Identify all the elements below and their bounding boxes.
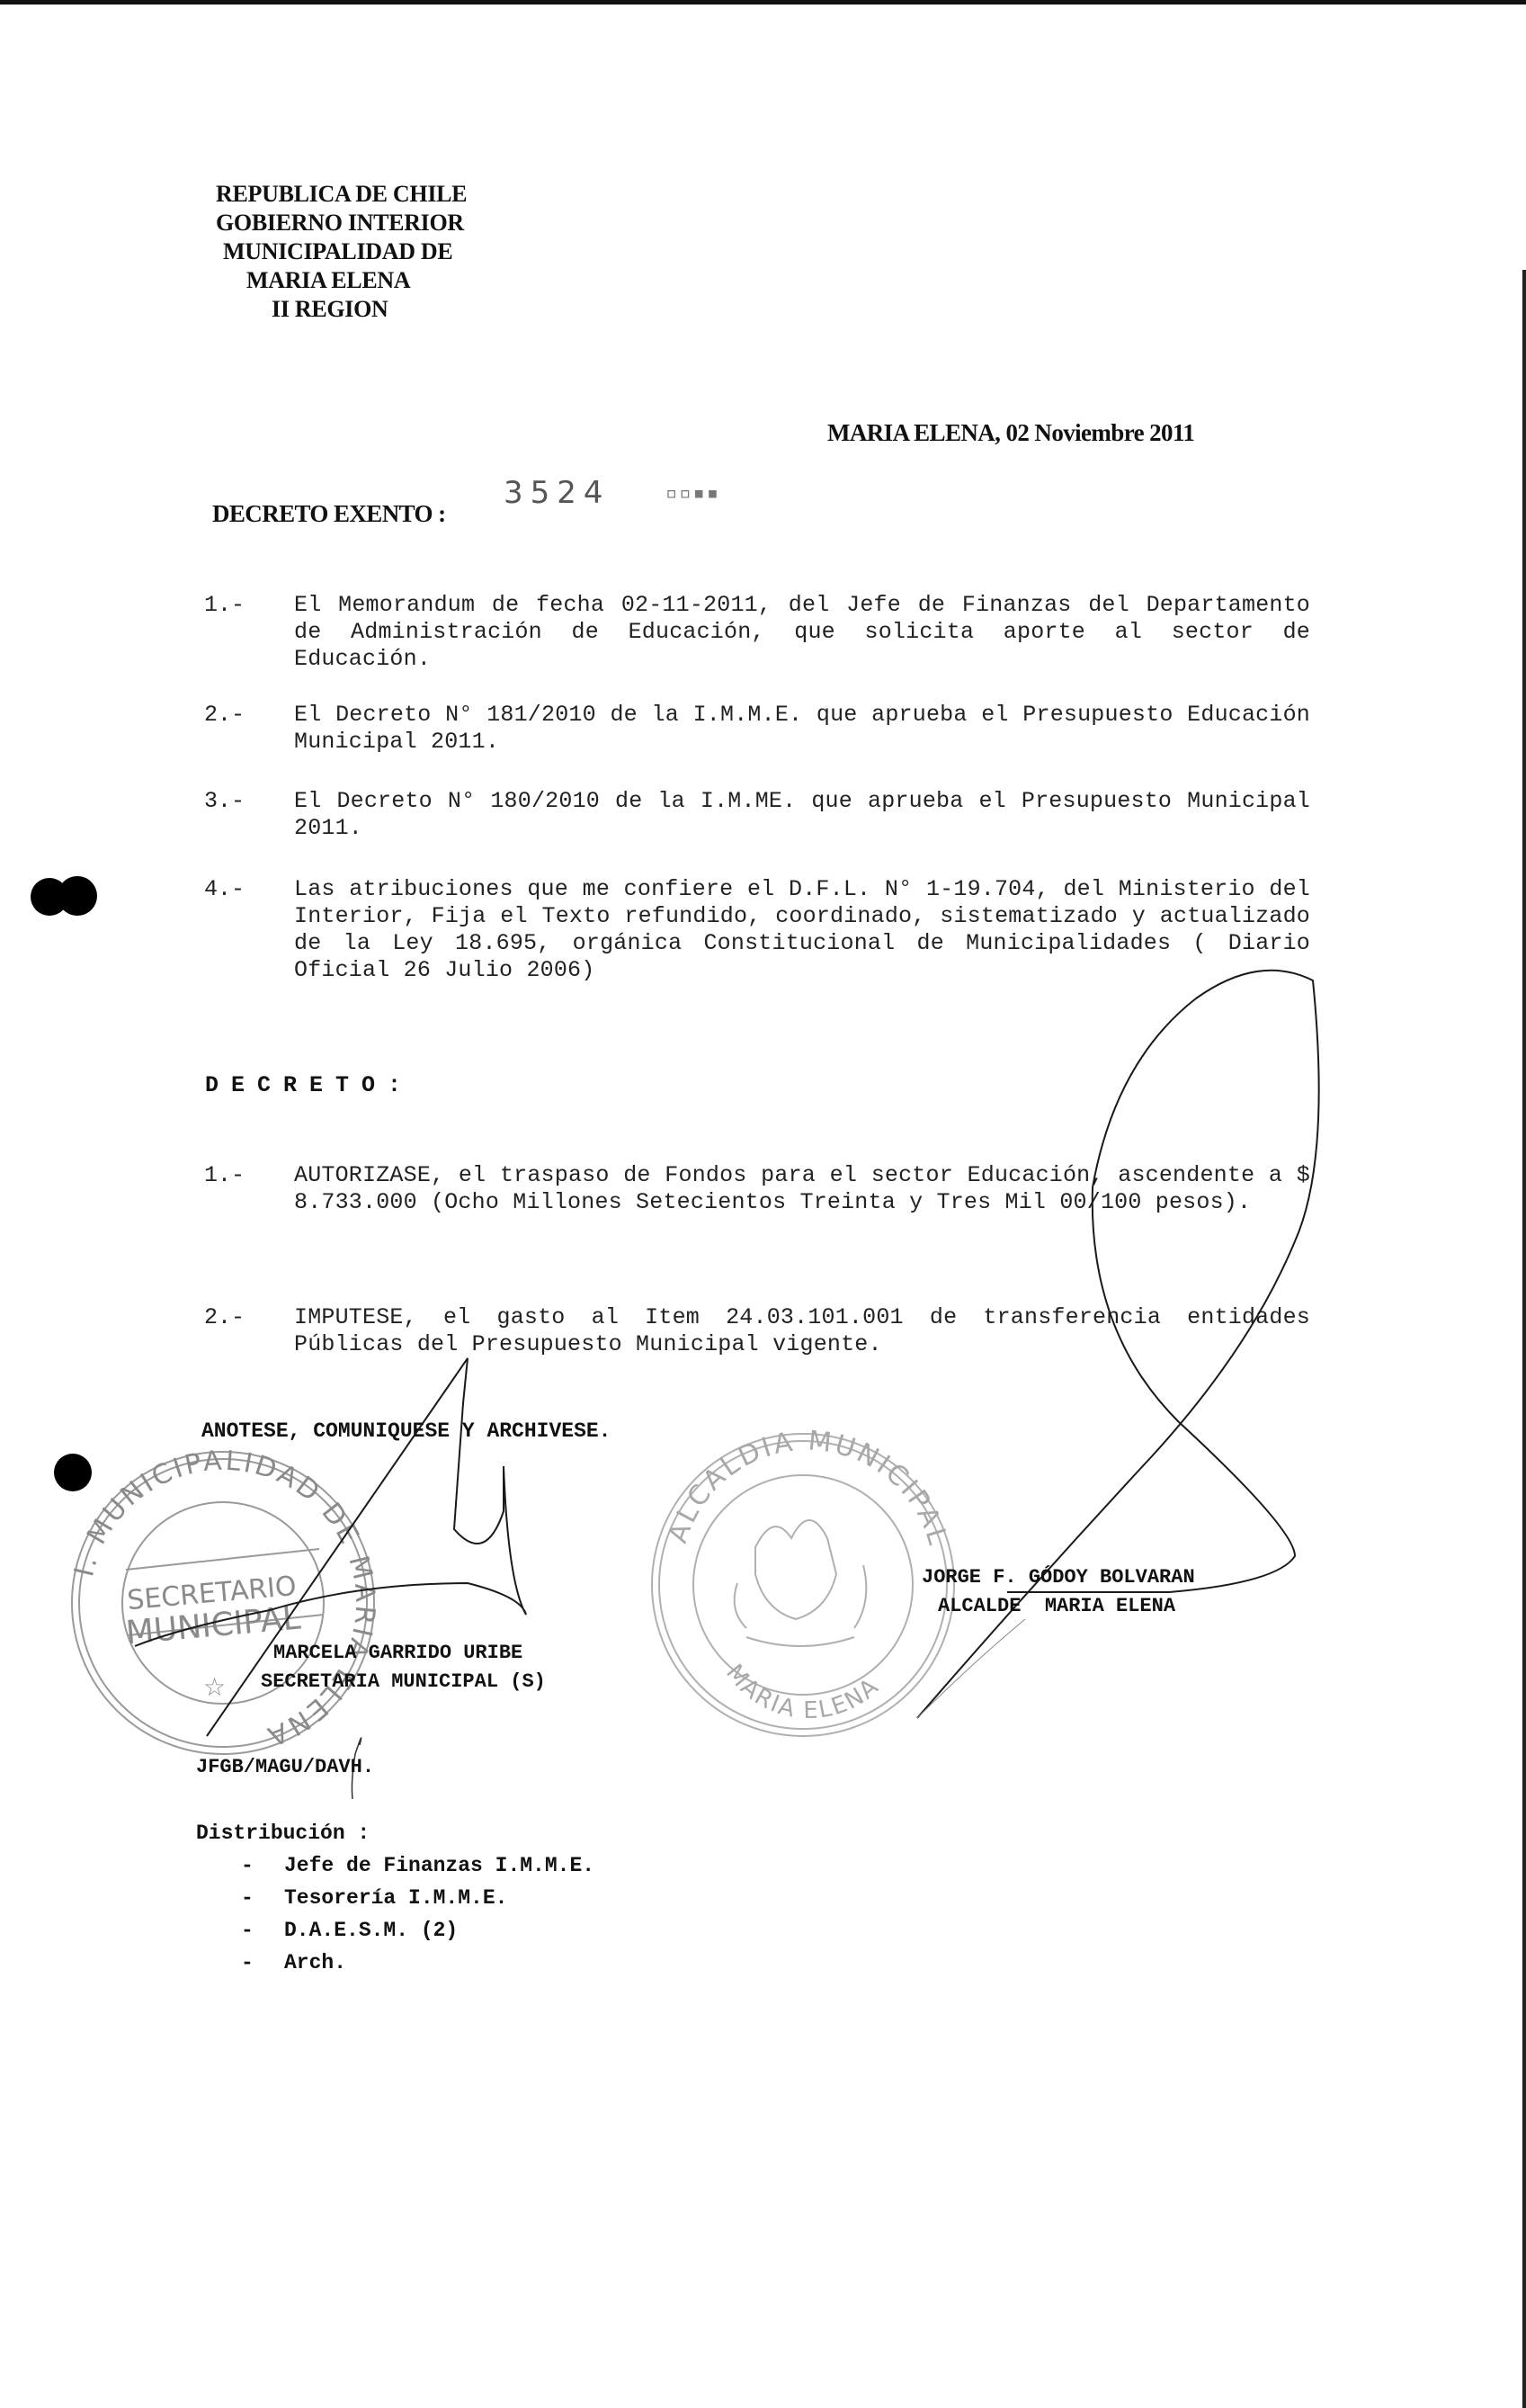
distribution-item: -Tesorería I.M.M.E. bbox=[241, 1882, 594, 1914]
item-text: AUTORIZASE, el traspaso de Fondos para e… bbox=[294, 1162, 1310, 1216]
svg-text:I. MUNICIPALIDAD DE MARIA ELEN: I. MUNICIPALIDAD DE MARIA ELENA bbox=[68, 1446, 380, 1753]
closing-formula: ANOTESE, COMUNIQUESE Y ARCHIVESE. bbox=[201, 1419, 611, 1443]
distribution-list: Distribución : -Jefe de Finanzas I.M.M.E… bbox=[196, 1817, 594, 1979]
decreto-heading: DECRETO: bbox=[205, 1072, 414, 1098]
letterhead-line: II REGION bbox=[216, 295, 486, 324]
letterhead-line: MARIA ELENA bbox=[216, 266, 486, 295]
item-text: El Decreto N° 180/2010 de la I.M.ME. que… bbox=[294, 788, 1310, 842]
document-page: REPUBLICA DE CHILE GOBIERNO INTERIOR MUN… bbox=[0, 0, 1526, 2408]
distribution-label: Distribución : bbox=[196, 1817, 594, 1849]
visto-item: 1.- El Memorandum de fecha 02-11-2011, d… bbox=[204, 592, 1310, 673]
place-date: MARIA ELENA, 02 Noviembre 2011 bbox=[827, 419, 1194, 447]
item-number: 1.- bbox=[204, 1162, 294, 1189]
secretary-title: SECRETARIA MUNICIPAL (S) bbox=[261, 1668, 546, 1696]
item-text: El Memorandum de fecha 02-11-2011, del J… bbox=[294, 592, 1310, 673]
secretary-name: MARCELA GARRIDO URIBE bbox=[261, 1639, 546, 1668]
decreto-number: 3524 bbox=[504, 475, 611, 511]
letterhead-line: GOBIERNO INTERIOR bbox=[216, 209, 486, 237]
initials-reference: JFGB/MAGU/DAVH. bbox=[196, 1756, 374, 1778]
resolutivo-item: 1.- AUTORIZASE, el traspaso de Fondos pa… bbox=[204, 1162, 1310, 1216]
alcaldia-stamp-icon bbox=[652, 1434, 954, 1736]
distribution-item: -D.A.E.S.M. (2) bbox=[241, 1914, 594, 1947]
item-text: IMPUTESE, el gasto al Item 24.03.101.001… bbox=[294, 1304, 1310, 1358]
mayor-title: ALCALDE MARIA ELENA bbox=[922, 1592, 1195, 1621]
svg-text:SECRETARIO: SECRETARIO bbox=[126, 1571, 298, 1616]
visto-item: 2.- El Decreto N° 181/2010 de la I.M.M.E… bbox=[204, 702, 1310, 756]
mayor-name: JORGE F. GÓDOY BOLVARAN bbox=[922, 1563, 1195, 1592]
svg-text:ALCALDIA MUNICIPAL: ALCALDIA MUNICIPAL bbox=[662, 1425, 953, 1550]
item-number: 2.- bbox=[204, 702, 294, 729]
item-text: El Decreto N° 181/2010 de la I.M.M.E. qu… bbox=[294, 702, 1310, 756]
visto-item: 4.- Las atribuciones que me confiere el … bbox=[204, 876, 1310, 984]
letterhead-line: MUNICIPALIDAD DE bbox=[216, 237, 486, 266]
secretary-stamp-icon bbox=[72, 1452, 374, 1754]
resolutivo-item: 2.- IMPUTESE, el gasto al Item 24.03.101… bbox=[204, 1304, 1310, 1358]
decreto-label: DECRETO EXENTO : bbox=[212, 500, 445, 528]
item-number: 3.- bbox=[204, 788, 294, 815]
item-number: 2.- bbox=[204, 1304, 294, 1331]
punch-hole-icon bbox=[54, 1454, 92, 1491]
letterhead-line: REPUBLICA DE CHILE bbox=[216, 180, 486, 209]
svg-text:☆: ☆ bbox=[203, 1672, 226, 1702]
item-number: 4.- bbox=[204, 876, 294, 903]
visto-item: 3.- El Decreto N° 180/2010 de la I.M.ME.… bbox=[204, 788, 1310, 842]
punch-hole-icon bbox=[58, 876, 97, 916]
scan-edge-right bbox=[1522, 270, 1526, 2408]
svg-text:MARIA ELENA: MARIA ELENA bbox=[720, 1660, 885, 1724]
distribution-item: -Jefe de Finanzas I.M.M.E. bbox=[241, 1849, 594, 1882]
mayor-signature-block: JORGE F. GÓDOY BOLVARAN ALCALDE MARIA EL… bbox=[922, 1563, 1195, 1621]
secretary-signature-block: MARCELA GARRIDO URIBE SECRETARIA MUNICIP… bbox=[261, 1639, 546, 1696]
letterhead: REPUBLICA DE CHILE GOBIERNO INTERIOR MUN… bbox=[216, 180, 486, 324]
item-number: 1.- bbox=[204, 592, 294, 619]
distribution-item: -Arch. bbox=[241, 1947, 594, 1979]
scan-edge-top bbox=[0, 0, 1526, 4]
stamp-marks-icon: ▫▫▪▪ bbox=[665, 482, 720, 505]
item-text: Las atribuciones que me confiere el D.F.… bbox=[294, 876, 1310, 984]
